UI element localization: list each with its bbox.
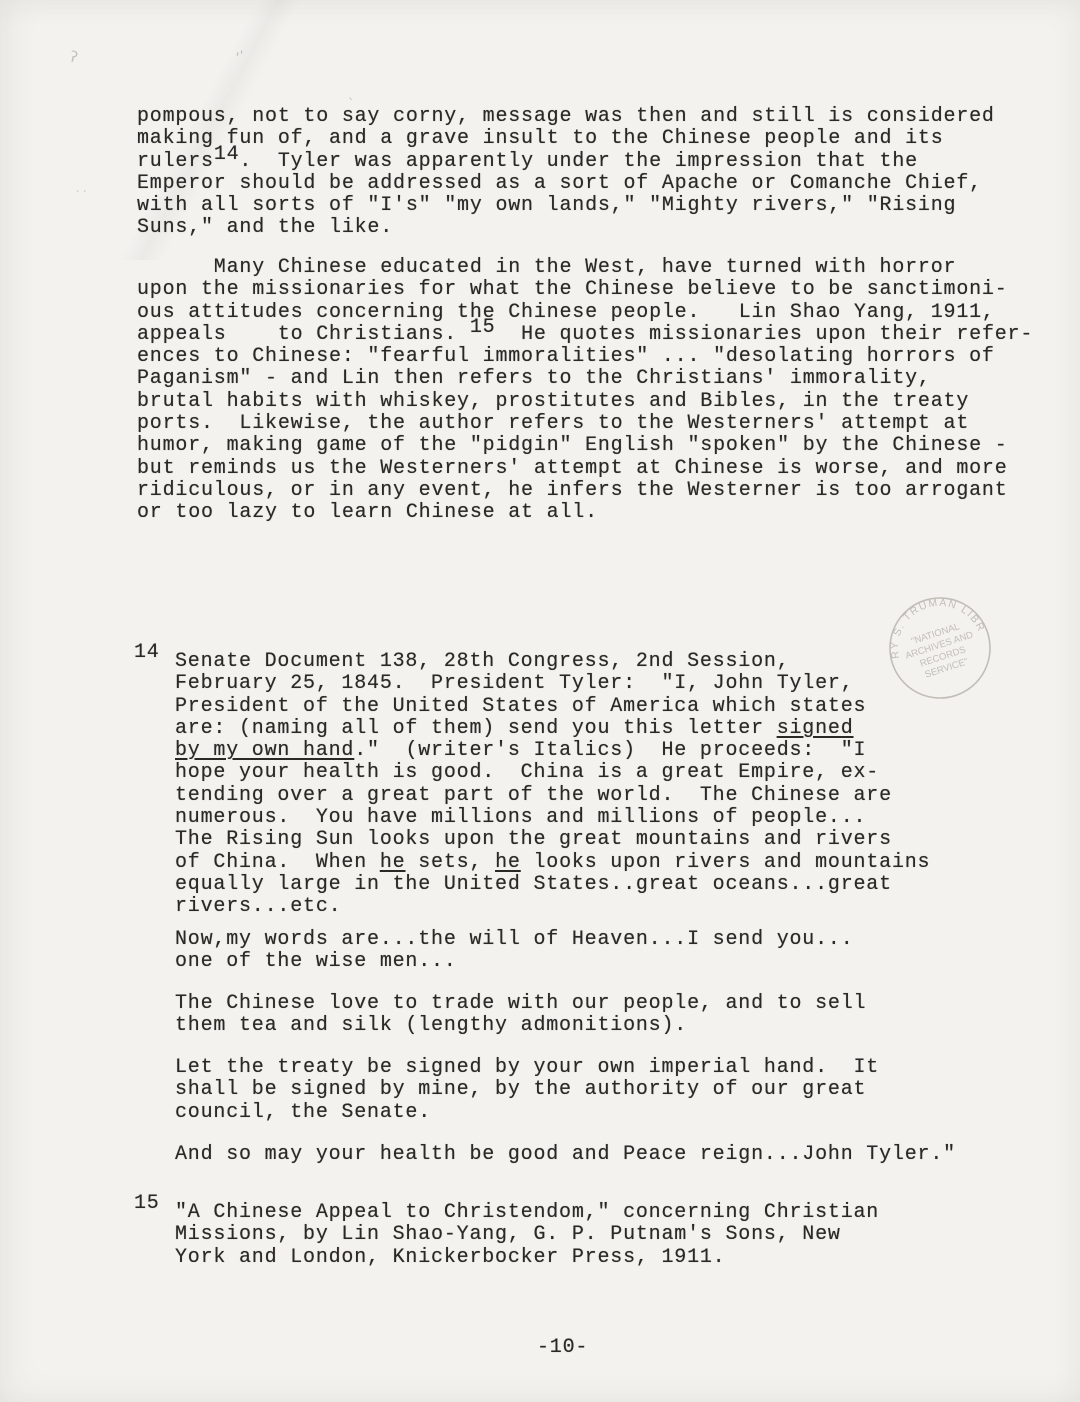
typed-line: appeals to Christians. 15 He quotes miss… bbox=[137, 324, 1033, 346]
body-paragraph-1: pompous, not to say corny, message was t… bbox=[137, 106, 995, 240]
typed-line: Paganism" - and Lin then refers to the C… bbox=[137, 368, 1033, 390]
typed-line: but reminds us the Westerners' attempt a… bbox=[137, 458, 1033, 480]
typed-line: humor, making game of the "pidgin" Engli… bbox=[137, 435, 1033, 457]
scanned-document-page: ʔ ʻʹ ˎ ˑ ˑ pompous, not to say corny, me… bbox=[0, 0, 1080, 1402]
typed-line: equally large in the United States..grea… bbox=[175, 874, 930, 896]
pencil-mark: ʻʹ bbox=[235, 49, 246, 66]
pencil-mark: ʔ bbox=[68, 47, 79, 66]
typed-line: The Rising Sun looks upon the great moun… bbox=[175, 829, 930, 851]
typed-line: Now,my words are...the will of Heaven...… bbox=[175, 929, 854, 951]
typed-line: shall be signed by mine, by the authorit… bbox=[175, 1079, 879, 1101]
footnote-14-quote-3: Let the treaty be signed by your own imp… bbox=[175, 1057, 879, 1124]
typed-line: President of the United States of Americ… bbox=[175, 696, 930, 718]
typed-line: rivers...etc. bbox=[175, 896, 930, 918]
typed-line: are: (naming all of them) send you this … bbox=[175, 718, 930, 740]
typed-line: council, the Senate. bbox=[175, 1102, 879, 1124]
typed-line: making fun of, and a grave insult to the… bbox=[137, 128, 995, 150]
pencil-mark: ˎ bbox=[348, 86, 355, 101]
typed-line: them tea and silk (lengthy admonitions). bbox=[175, 1015, 866, 1037]
typed-line: ridiculous, or in any event, he infers t… bbox=[137, 480, 1033, 502]
typed-line: Senate Document 138, 28th Congress, 2nd … bbox=[175, 651, 930, 673]
footnote-15-marker: 15 bbox=[134, 1192, 160, 1215]
typed-line: one of the wise men... bbox=[175, 951, 854, 973]
typed-line: And so may your health be good and Peace… bbox=[175, 1144, 956, 1166]
footnote-14-quote-4: And so may your health be good and Peace… bbox=[175, 1144, 956, 1166]
typed-line: tending over a great part of the world. … bbox=[175, 785, 930, 807]
typed-line: brutal habits with whiskey, prostitutes … bbox=[137, 391, 1033, 413]
footnote-14-quote-1: Now,my words are...the will of Heaven...… bbox=[175, 929, 854, 974]
typed-line: York and London, Knickerbocker Press, 19… bbox=[175, 1247, 879, 1269]
typed-line: of China. When he sets, he looks upon ri… bbox=[175, 852, 930, 874]
footnote-14-marker: 14 bbox=[134, 641, 160, 664]
typed-line: upon the missionaries for what the Chine… bbox=[137, 279, 1033, 301]
typed-line: Let the treaty be signed by your own imp… bbox=[175, 1057, 879, 1079]
typed-line: hope your health is good. China is a gre… bbox=[175, 762, 930, 784]
typed-line: by my own hand." (writer's Italics) He p… bbox=[175, 740, 930, 762]
typed-line: The Chinese love to trade with our peopl… bbox=[175, 993, 866, 1015]
pencil-mark: ˑ ˑ bbox=[76, 186, 87, 199]
typed-line: "A Chinese Appeal to Christendom," conce… bbox=[175, 1202, 879, 1224]
typed-line: ences to Chinese: "fearful immoralities"… bbox=[137, 346, 1033, 368]
page-number: -10- bbox=[537, 1336, 588, 1359]
typed-line: Many Chinese educated in the West, have … bbox=[137, 257, 1033, 279]
typed-line: February 25, 1845. President Tyler: "I, … bbox=[175, 673, 930, 695]
typed-line: ports. Likewise, the author refers to th… bbox=[137, 413, 1033, 435]
footnote-14-text: Senate Document 138, 28th Congress, 2nd … bbox=[175, 651, 930, 919]
typed-line: or too lazy to learn Chinese at all. bbox=[137, 502, 1033, 524]
typed-line: with all sorts of "I's" "my own lands," … bbox=[137, 195, 995, 217]
typed-line: Suns," and the like. bbox=[137, 217, 995, 239]
typed-line: Emperor should be addressed as a sort of… bbox=[137, 173, 995, 195]
typed-line: numerous. You have millions and millions… bbox=[175, 807, 930, 829]
typed-line: pompous, not to say corny, message was t… bbox=[137, 106, 995, 128]
footnote-14-quote-2: The Chinese love to trade with our peopl… bbox=[175, 993, 866, 1038]
typed-line: Missions, by Lin Shao-Yang, G. P. Putnam… bbox=[175, 1224, 879, 1246]
typed-line: ous attitudes concerning the Chinese peo… bbox=[137, 302, 1033, 324]
body-paragraph-2: Many Chinese educated in the West, have … bbox=[137, 257, 1033, 525]
typed-line: rulers14. Tyler was apparently under the… bbox=[137, 151, 995, 173]
footnote-15-text: "A Chinese Appeal to Christendom," conce… bbox=[175, 1202, 879, 1269]
